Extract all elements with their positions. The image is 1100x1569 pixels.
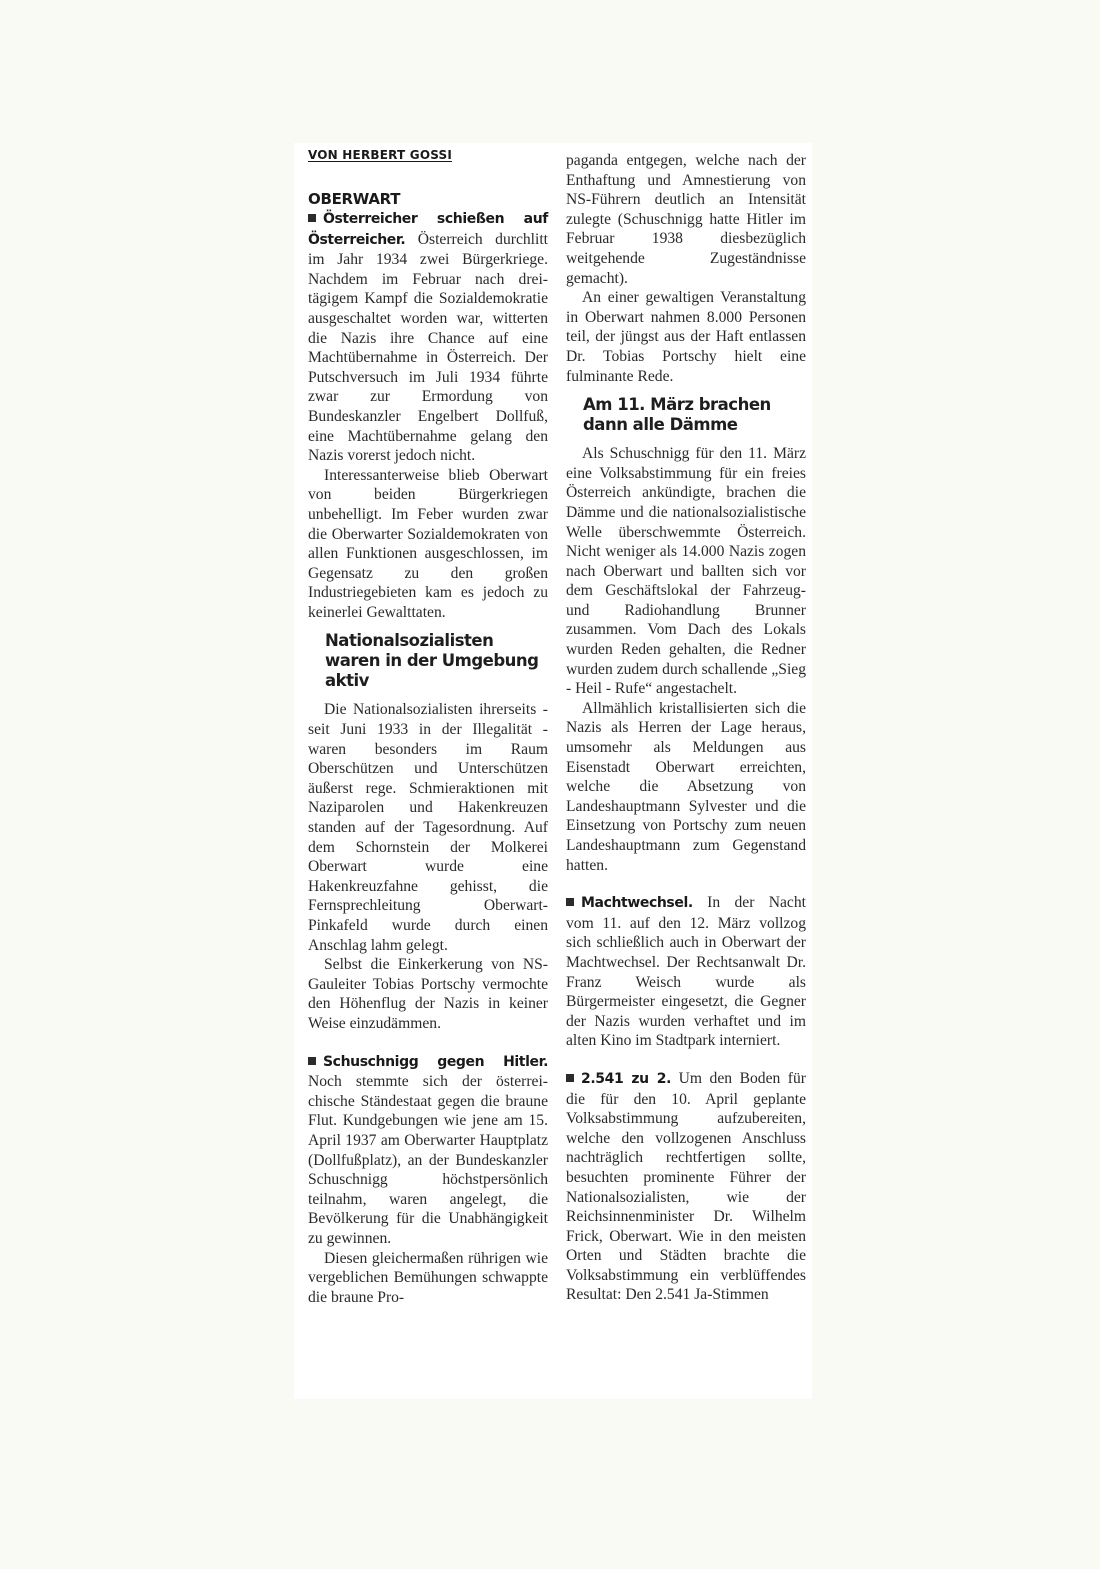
paragraph: Machtwechsel. In der Nacht vom 11. auf d… bbox=[566, 893, 806, 1051]
article-column-left: VON HERBERT GOSSI OBERWART Österreicher … bbox=[308, 147, 548, 1307]
paragraph: Selbst die Einkerkerung von NS-Gauleiter… bbox=[308, 955, 548, 1033]
paragraph: Schuschnigg gegen Hitler. Noch stemmte s… bbox=[308, 1052, 548, 1249]
paragraph-text: Um den Boden für die für den 10. April g… bbox=[566, 1070, 806, 1304]
paragraph-text: Österreich durchlitt im Jahr 1934 zwei B… bbox=[308, 231, 548, 465]
bullet-square-icon bbox=[566, 1074, 574, 1082]
bullet-square-icon bbox=[566, 898, 574, 906]
paragraph-lead: Schuschnigg gegen Hitler. bbox=[323, 1054, 548, 1070]
subheading: Nationalsozialisten waren in der Umgebun… bbox=[325, 631, 548, 691]
subheading: Am 11. März brachen dann alle Dämme bbox=[583, 395, 806, 435]
paragraph: Als Schuschnigg für den 11. März eine Vo… bbox=[566, 444, 806, 699]
article-column-right: paganda entgegen, welche nach der Enthaf… bbox=[566, 151, 806, 1305]
paragraph: Allmählich kristallisierten sich die Naz… bbox=[566, 699, 806, 875]
paragraph: An einer gewaltigen Veranstal­tung in Ob… bbox=[566, 288, 806, 386]
paragraph-lead: Machtwechsel. bbox=[581, 895, 693, 911]
paragraph-text: Noch stemmte sich der österrei­chische S… bbox=[308, 1073, 548, 1247]
paragraph: paganda entgegen, welche nach der Enthaf… bbox=[566, 151, 806, 288]
paragraph: Interessanterweise blieb Ober­wart von b… bbox=[308, 466, 548, 623]
newspaper-clipping: VON HERBERT GOSSI OBERWART Österreicher … bbox=[294, 143, 812, 1399]
bullet-square-icon bbox=[308, 214, 316, 222]
paragraph: Diesen gleichermaßen rühri­gen wie verge… bbox=[308, 1249, 548, 1308]
dateline: OBERWART bbox=[308, 190, 548, 209]
paragraph: Die Nationalsozialisten ihrer­seits - se… bbox=[308, 700, 548, 955]
paragraph: 2.541 zu 2. Um den Boden für die für den… bbox=[566, 1069, 806, 1305]
paragraph: Österreicher schießen auf Österreicher. … bbox=[308, 209, 548, 466]
paragraph-text: In der Nacht vom 11. auf den 12. März vo… bbox=[566, 894, 806, 1049]
paragraph-lead: 2.541 zu 2. bbox=[581, 1071, 671, 1087]
byline: VON HERBERT GOSSI bbox=[308, 147, 548, 163]
bullet-square-icon bbox=[308, 1057, 316, 1065]
